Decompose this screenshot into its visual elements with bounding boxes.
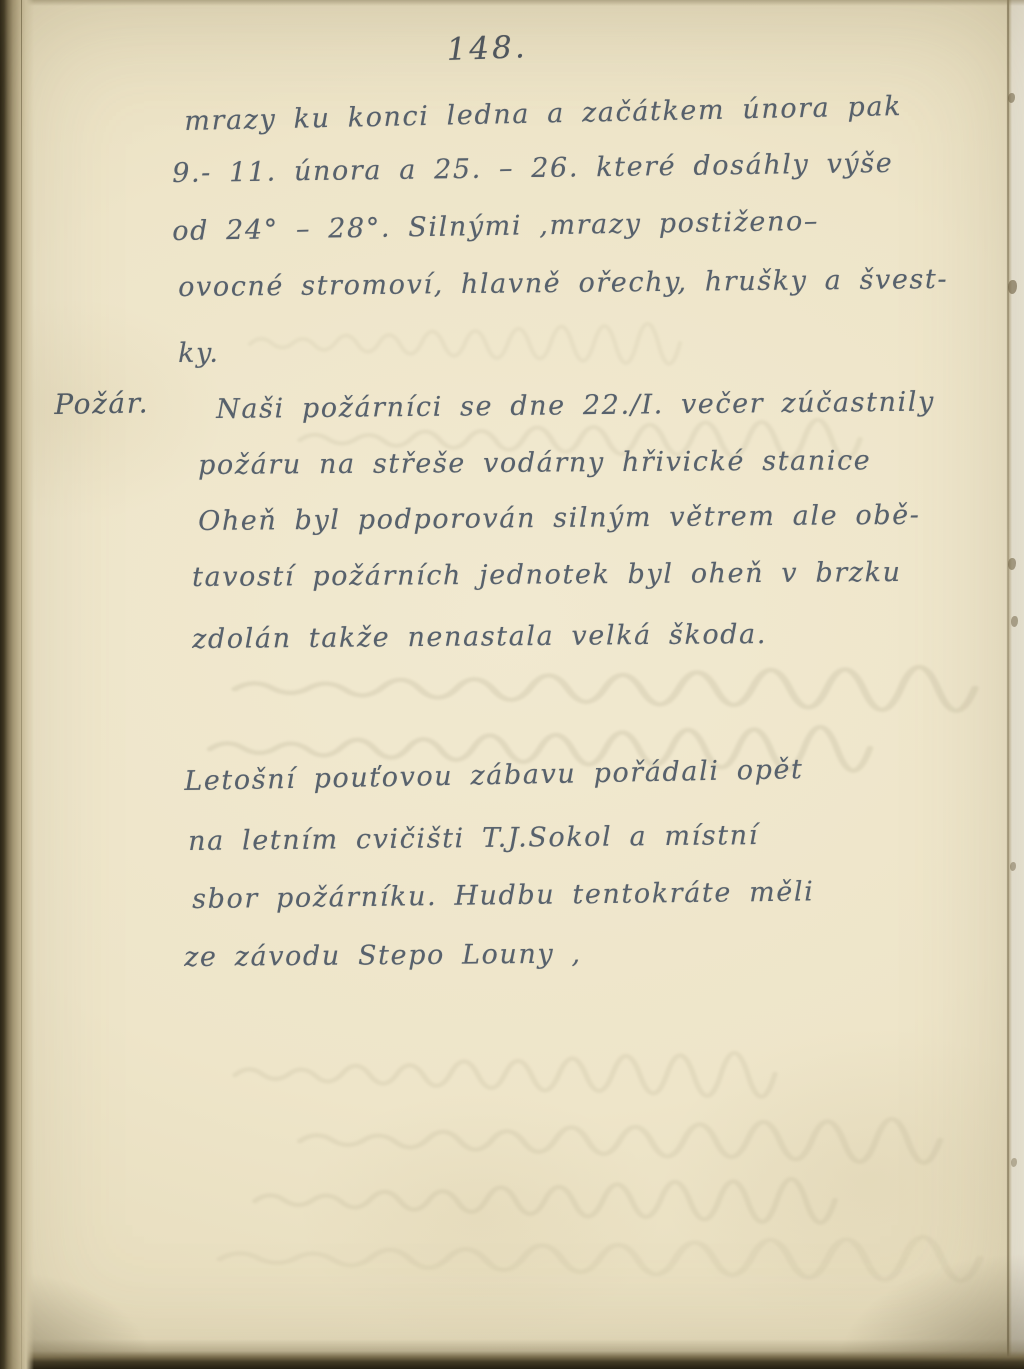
handwritten-line: ky. <box>178 338 220 369</box>
handwritten-line: Letošní pouťovou zábavu pořádali opět <box>184 754 804 797</box>
handwritten-line: požáru na střeše vodárny hřivické stanic… <box>198 445 871 481</box>
ink-bleed-through <box>235 1062 775 1086</box>
margin-note-pozar: Požár. <box>54 386 149 421</box>
ink-bleed-through <box>235 676 975 700</box>
scanned-chronicle-page: 148. Požár. mrazy ku konci ledna a začát… <box>0 0 1024 1369</box>
bottom-page-edge <box>0 1339 1024 1369</box>
handwritten-line: sbor požárníku. Hudbu tentokráte měli <box>192 876 815 915</box>
ink-bleed-through <box>220 1246 980 1270</box>
top-page-edge <box>0 0 1024 6</box>
book-binding-edge <box>0 0 34 1369</box>
ink-bleed-through <box>250 332 680 354</box>
handwritten-line: zdolán takže nenastala velká škoda. <box>192 619 767 655</box>
handwritten-line: Naši požárníci se dne 22./I. večer zúčas… <box>216 386 935 425</box>
handwritten-line: 9.- 11. února a 25. – 26. které dosáhly … <box>172 148 894 189</box>
ink-bleed-through <box>255 1188 835 1212</box>
right-page-edge-line <box>1007 0 1009 1369</box>
handwritten-line: mrazy ku konci ledna a začátkem února pa… <box>184 91 902 137</box>
handwritten-line: na letním cvičišti T.J.Sokol a místní <box>188 820 759 857</box>
ink-bleed-through <box>300 1128 940 1152</box>
handwritten-line: od 24° – 28°. Silnými ,mrazy postiženo– <box>172 206 819 247</box>
handwritten-line: ze závodu Stepo Louny , <box>184 939 582 973</box>
handwritten-line: Oheň byl podporován silným větrem ale ob… <box>198 500 921 537</box>
page-number: 148. <box>446 29 528 68</box>
handwritten-line: ovocné stromoví, hlavně ořechy, hrušky a… <box>178 264 948 303</box>
handwritten-line: tavostí požárních jednotek byl oheň v br… <box>192 557 902 593</box>
left-margin-crease <box>21 0 22 1369</box>
